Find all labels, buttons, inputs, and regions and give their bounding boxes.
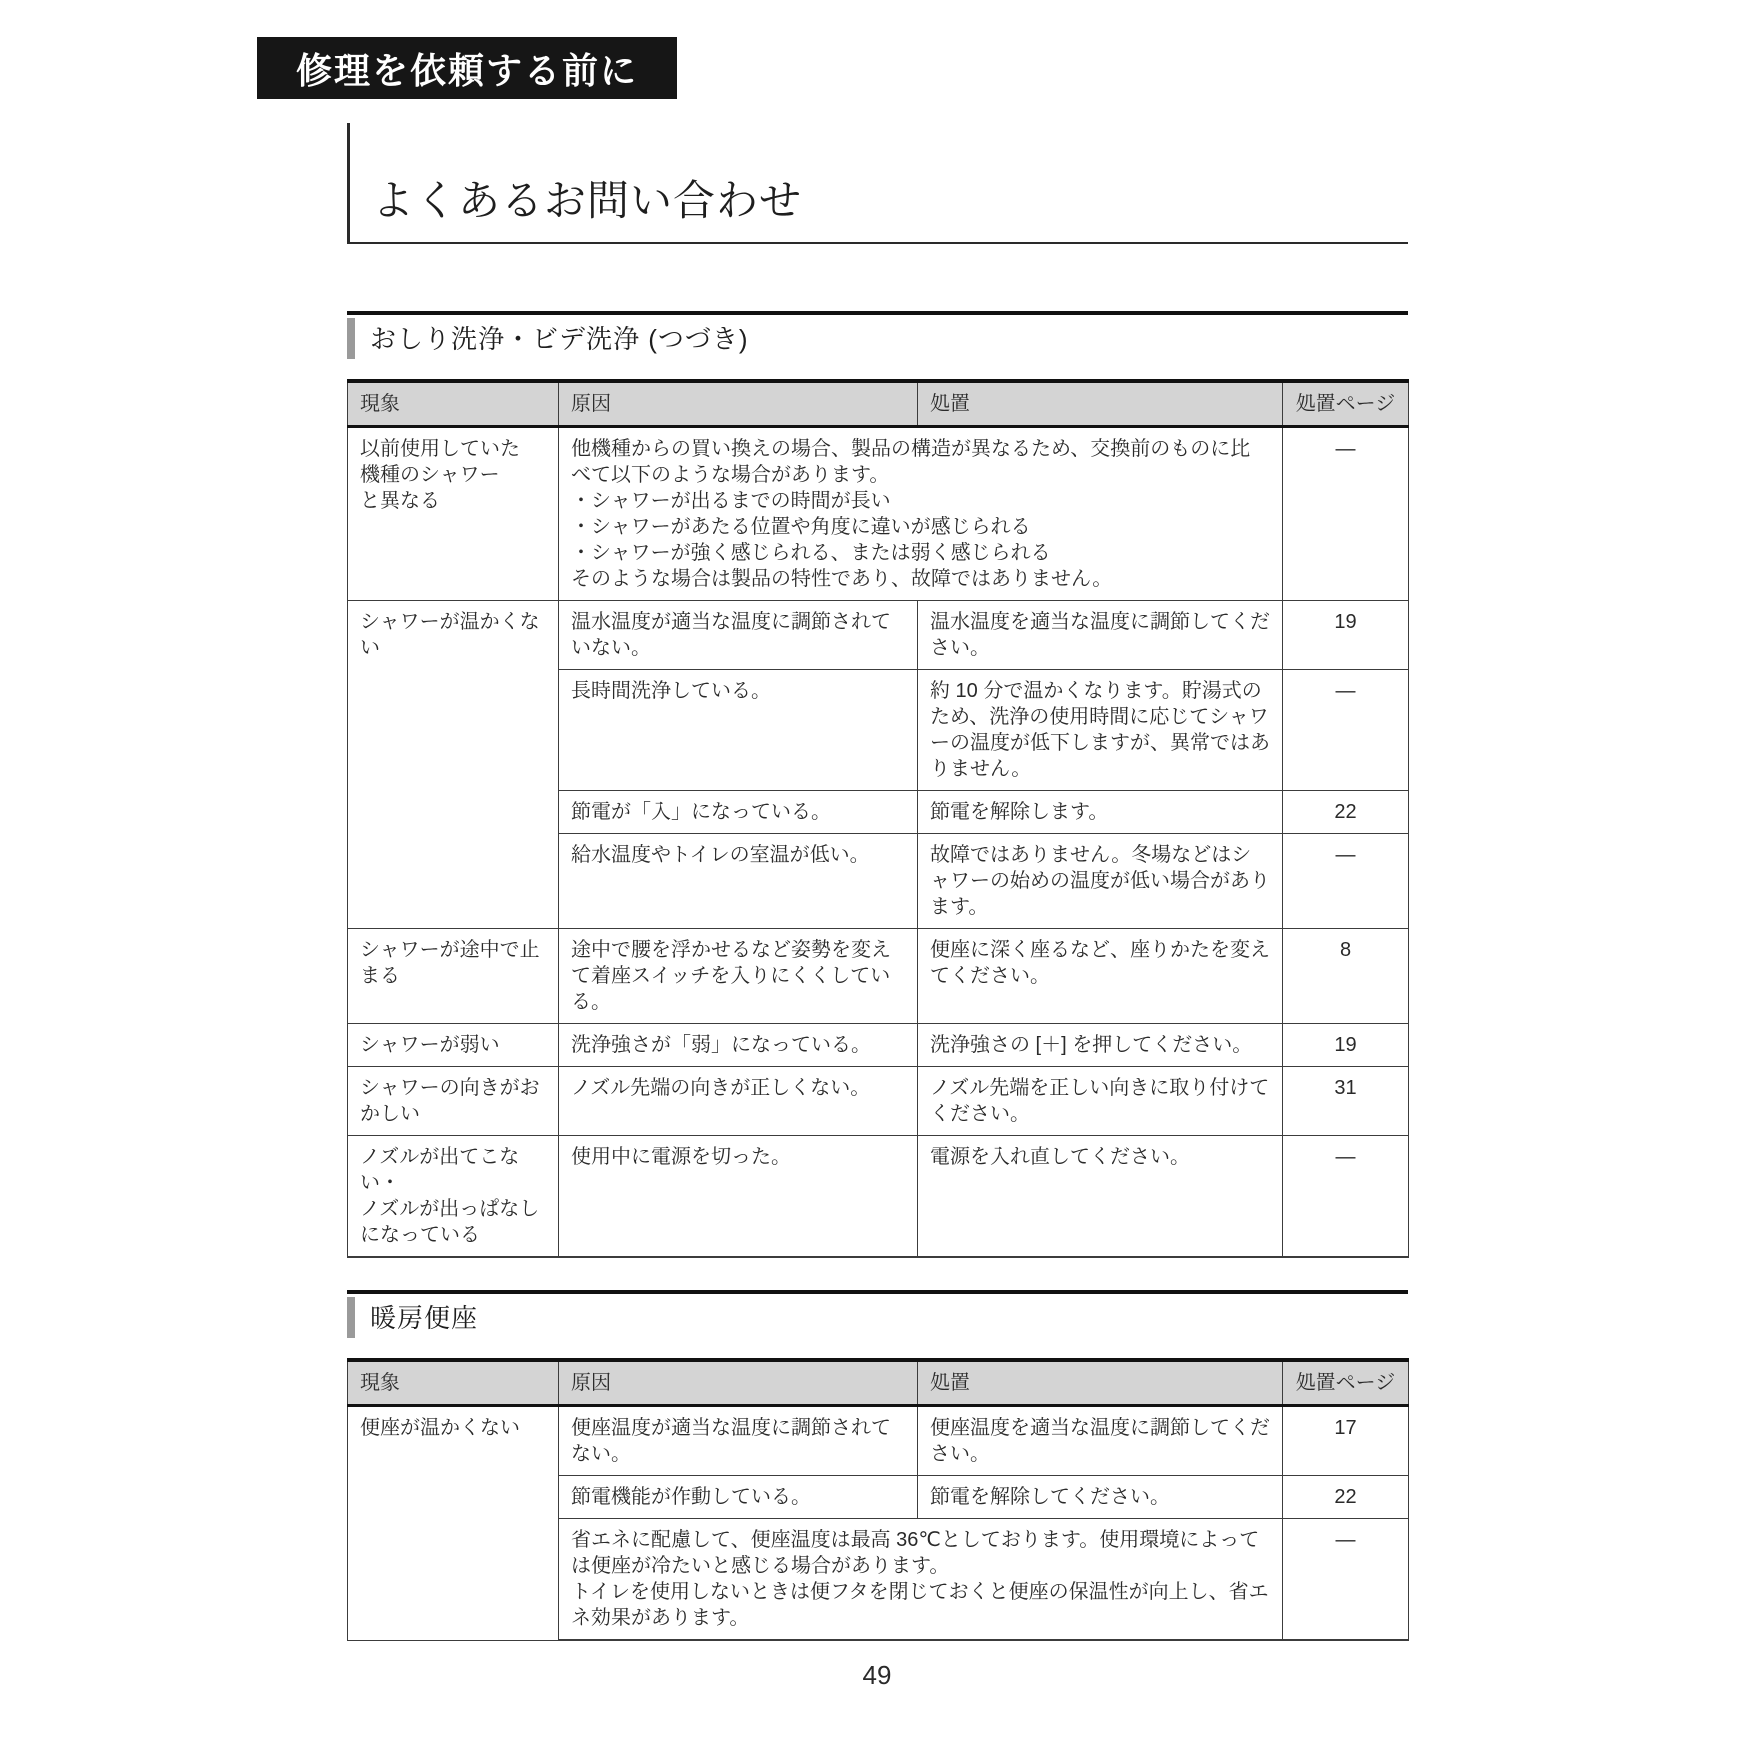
page-title: よくあるお問い合わせ	[372, 168, 802, 228]
table-cell: 19	[1283, 1024, 1409, 1067]
page-number: 49	[0, 1660, 1754, 1691]
table-cell: —	[1283, 1519, 1409, 1641]
troubleshooting-table: 現象原因処置処置ページ便座が温かくない便座温度が適当な温度に調節されてない。便座…	[347, 1358, 1409, 1641]
table-cell: —	[1283, 670, 1409, 791]
table-cell: 22	[1283, 1476, 1409, 1519]
manual-page: 修理を依頼する前に よくあるお問い合わせ おしり洗浄・ビデ洗浄 (つづき)現象原…	[0, 0, 1754, 1754]
column-header-page: 処置ページ	[1283, 381, 1409, 427]
column-header-cause: 原因	[559, 1360, 918, 1406]
table-row: 以前使用していた 機種のシャワー と異なる他機種からの買い換えの場合、製品の構造…	[348, 427, 1409, 601]
section-heading-rule: 暖房便座	[347, 1290, 1408, 1338]
table-cell: 節電を解除してください。	[918, 1476, 1283, 1519]
table-cell: 便座が温かくない	[348, 1406, 559, 1641]
table-row: シャワーが途中で止 まる途中で腰を浮かせるなど姿勢を変えて着座スイッチを入りにく…	[348, 929, 1409, 1024]
chapter-tag: 修理を依頼する前に	[257, 37, 677, 99]
table-row: シャワーの向きがお かしいノズル先端の向きが正しくない。ノズル先端を正しい向きに…	[348, 1067, 1409, 1136]
column-header-treatment: 処置	[918, 1360, 1283, 1406]
table-cell: 節電が「入」になっている。	[559, 791, 918, 834]
troubleshooting-section: 暖房便座現象原因処置処置ページ便座が温かくない便座温度が適当な温度に調節されてな…	[347, 1290, 1408, 1641]
table-cell: —	[1283, 427, 1409, 601]
table-cell: シャワーの向きがお かしい	[348, 1067, 559, 1136]
troubleshooting-table: 現象原因処置処置ページ以前使用していた 機種のシャワー と異なる他機種からの買い…	[347, 379, 1409, 1258]
table-cell: 温水温度が適当な温度に調節されていない。	[559, 601, 918, 670]
table-header-row: 現象原因処置処置ページ	[348, 381, 1409, 427]
table-cell: 洗浄強さの [＋] を押してください。	[918, 1024, 1283, 1067]
table-row: シャワーが温かくな い温水温度が適当な温度に調節されていない。温水温度を適当な温…	[348, 601, 1409, 670]
table-cell: 便座に深く座るなど、座りかたを変えてください。	[918, 929, 1283, 1024]
table-cell: 19	[1283, 601, 1409, 670]
table-cell: 17	[1283, 1406, 1409, 1476]
table-cell: —	[1283, 1136, 1409, 1258]
table-cell: 31	[1283, 1067, 1409, 1136]
table-cell: 使用中に電源を切った。	[559, 1136, 918, 1258]
column-header-phenomenon: 現象	[348, 381, 559, 427]
table-cell: シャワーが弱い	[348, 1024, 559, 1067]
table-row: ノズルが出てこない・ ノズルが出っぱなし になっている使用中に電源を切った。電源…	[348, 1136, 1409, 1258]
table-cell: 故障ではありません。冬場などはシャワーの始めの温度が低い場合があります。	[918, 834, 1283, 929]
section-heading: 暖房便座	[347, 1297, 1408, 1338]
troubleshooting-section: おしり洗浄・ビデ洗浄 (つづき)現象原因処置処置ページ以前使用していた 機種のシ…	[347, 311, 1408, 1258]
table-cell: 省エネに配慮して、便座温度は最高 36℃としております。使用環境によっては便座が…	[559, 1519, 1283, 1641]
table-header-row: 現象原因処置処置ページ	[348, 1360, 1409, 1406]
table-cell: 22	[1283, 791, 1409, 834]
section-heading-rule: おしり洗浄・ビデ洗浄 (つづき)	[347, 311, 1408, 359]
column-header-treatment: 処置	[918, 381, 1283, 427]
table-cell: 電源を入れ直してください。	[918, 1136, 1283, 1258]
table-cell: 便座温度を適当な温度に調節してください。	[918, 1406, 1283, 1476]
table-cell: ノズルが出てこない・ ノズルが出っぱなし になっている	[348, 1136, 559, 1258]
section-heading: おしり洗浄・ビデ洗浄 (つづき)	[347, 318, 1408, 359]
table-cell: ノズル先端の向きが正しくない。	[559, 1067, 918, 1136]
table-cell: 便座温度が適当な温度に調節されてない。	[559, 1406, 918, 1476]
table-cell: シャワーが途中で止 まる	[348, 929, 559, 1024]
table-cell: 途中で腰を浮かせるなど姿勢を変えて着座スイッチを入りにくくしている。	[559, 929, 918, 1024]
table-cell: シャワーが温かくな い	[348, 601, 559, 929]
table-cell: 約 10 分で温かくなります。貯湯式のため、洗浄の使用時間に応じてシャワーの温度…	[918, 670, 1283, 791]
table-cell: 他機種からの買い換えの場合、製品の構造が異なるため、交換前のものに比べて以下のよ…	[559, 427, 1283, 601]
table-cell: 以前使用していた 機種のシャワー と異なる	[348, 427, 559, 601]
table-cell: 温水温度を適当な温度に調節してください。	[918, 601, 1283, 670]
table-cell: 長時間洗浄している。	[559, 670, 918, 791]
table-row: 便座が温かくない便座温度が適当な温度に調節されてない。便座温度を適当な温度に調節…	[348, 1406, 1409, 1476]
table-cell: 洗浄強さが「弱」になっている。	[559, 1024, 918, 1067]
table-cell: —	[1283, 834, 1409, 929]
table-row: シャワーが弱い洗浄強さが「弱」になっている。洗浄強さの [＋] を押してください…	[348, 1024, 1409, 1067]
page-title-block: よくあるお問い合わせ	[347, 123, 1408, 244]
column-header-page: 処置ページ	[1283, 1360, 1409, 1406]
content: おしり洗浄・ビデ洗浄 (つづき)現象原因処置処置ページ以前使用していた 機種のシ…	[347, 311, 1408, 1641]
column-header-cause: 原因	[559, 381, 918, 427]
table-cell: 節電を解除します。	[918, 791, 1283, 834]
table-cell: 8	[1283, 929, 1409, 1024]
column-header-phenomenon: 現象	[348, 1360, 559, 1406]
table-cell: 節電機能が作動している。	[559, 1476, 918, 1519]
table-cell: 給水温度やトイレの室温が低い。	[559, 834, 918, 929]
chapter-tag-label: 修理を依頼する前に	[296, 43, 638, 94]
table-cell: ノズル先端を正しい向きに取り付けてください。	[918, 1067, 1283, 1136]
